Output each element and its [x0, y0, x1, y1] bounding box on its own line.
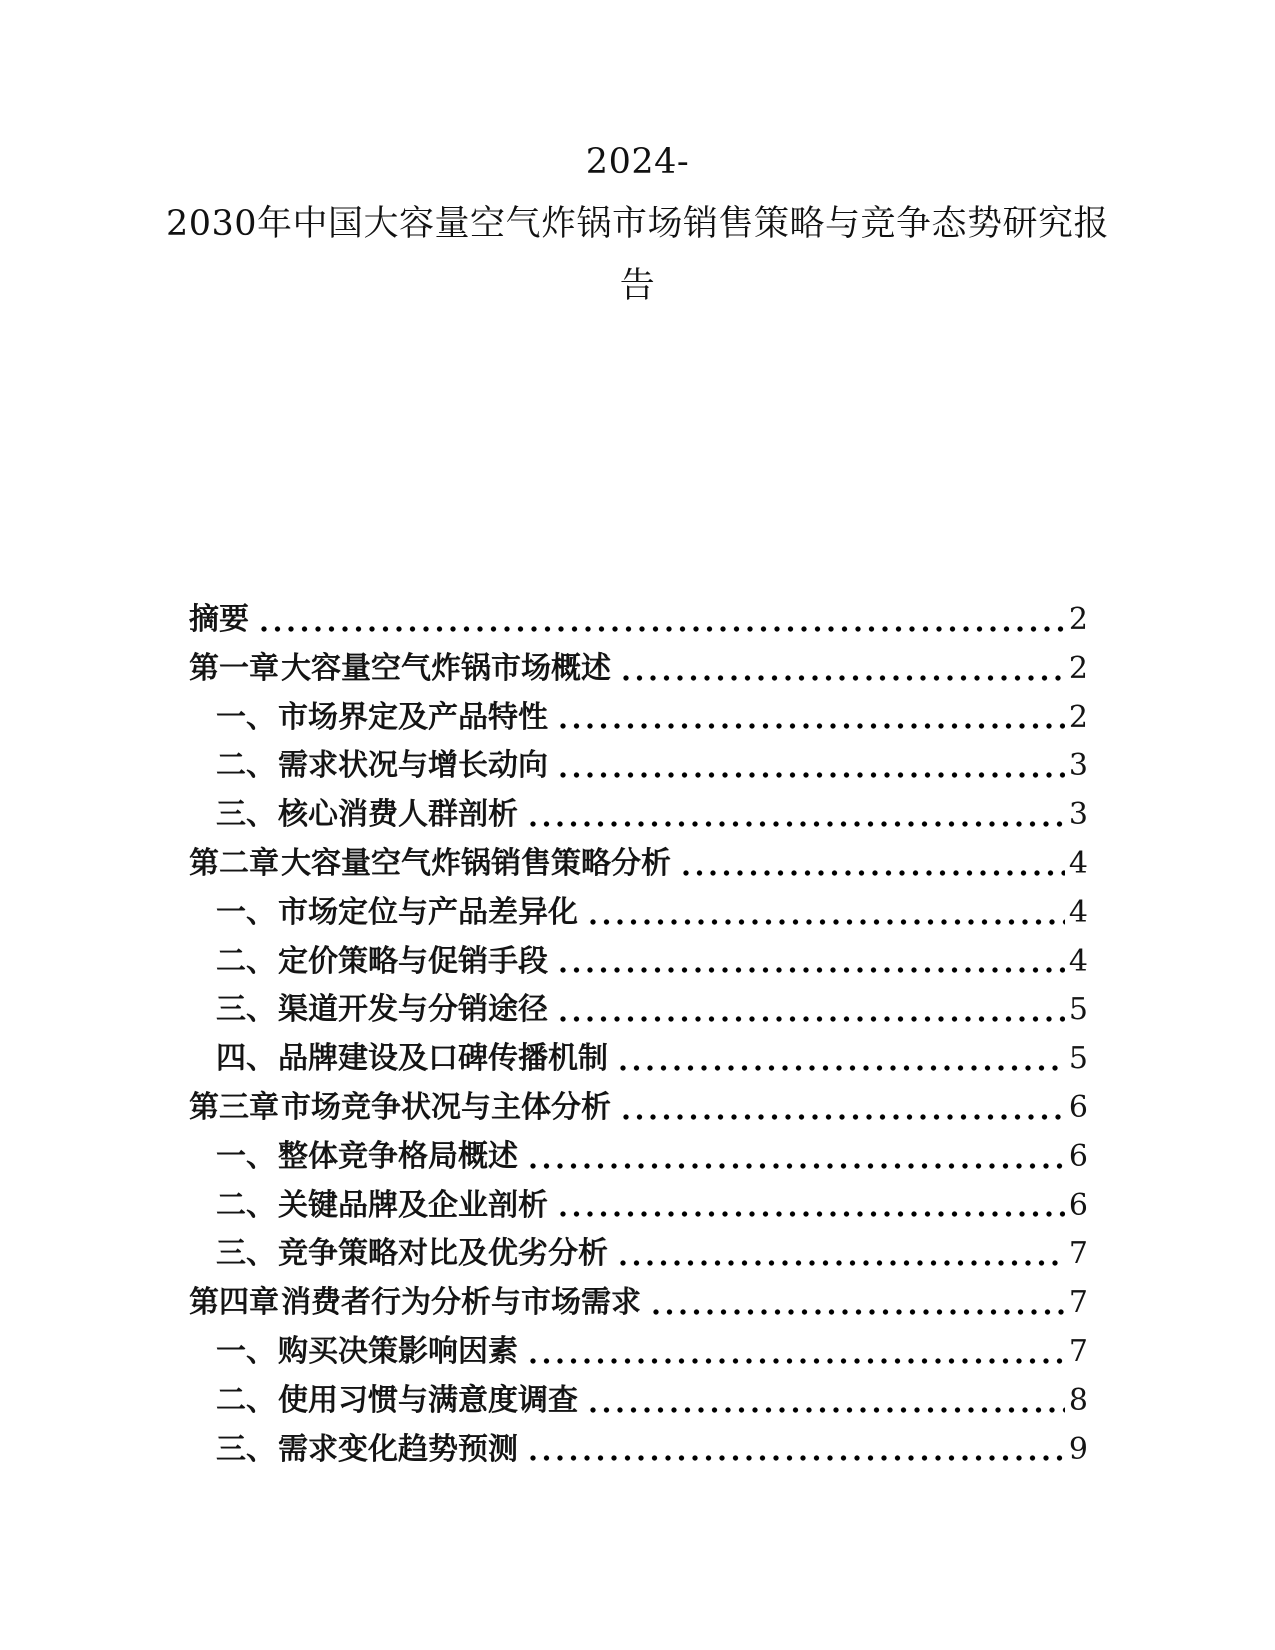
toc-page-number: 5 [1069, 1035, 1088, 1084]
toc-entry[interactable]: 二、 需求状况与增长动向 3 [189, 742, 1088, 791]
toc-entry-label: 关键品牌及企业剖析 [278, 1182, 548, 1231]
toc-entry[interactable]: 三、 需求变化趋势预测 9 [189, 1426, 1088, 1475]
toc-entry-label: 市场定位与产品差异化 [278, 889, 578, 938]
toc-entry[interactable]: 二、 使用习惯与满意度调查 8 [189, 1377, 1088, 1426]
toc-page-number: 7 [1069, 1279, 1088, 1328]
toc-entry-number: 二、 [216, 1182, 278, 1231]
toc-entry-label: 购买决策影响因素 [278, 1328, 518, 1377]
table-of-contents: 摘要 2 第一章 大容量空气炸锅市场概述 2 一、 市场界定及产品特性 2 二、… [189, 596, 1088, 1474]
toc-entry-number: 二、 [216, 938, 278, 987]
toc-page-number: 4 [1069, 840, 1088, 889]
toc-entry[interactable]: 二、 定价策略与促销手段 4 [189, 938, 1088, 987]
toc-entry-label: 大容量空气炸锅市场概述 [281, 645, 611, 694]
toc-dot-leader [528, 1328, 1065, 1377]
toc-dot-leader [558, 694, 1065, 743]
toc-page-number: 3 [1069, 791, 1088, 840]
toc-entry-number: 三、 [216, 1426, 278, 1475]
toc-page-number: 6 [1069, 1182, 1088, 1231]
toc-dot-leader [618, 1035, 1065, 1084]
toc-entry-number: 四、 [216, 1035, 278, 1084]
toc-entry-number: 一、 [216, 1133, 278, 1182]
toc-entry-number: 一、 [216, 1328, 278, 1377]
toc-entry[interactable]: 一、 整体竞争格局概述 6 [189, 1133, 1088, 1182]
toc-dot-leader [558, 1182, 1065, 1231]
toc-dot-leader [558, 986, 1065, 1035]
toc-entry-label: 需求状况与增长动向 [278, 742, 548, 791]
report-title-line-2: 2030年中国大容量空气炸锅市场销售策略与竞争态势研究报 [0, 193, 1275, 255]
toc-page-number: 4 [1069, 938, 1088, 987]
toc-entry[interactable]: 一、 购买决策影响因素 7 [189, 1328, 1088, 1377]
toc-dot-leader [618, 1230, 1065, 1279]
toc-entry[interactable]: 第二章 大容量空气炸锅销售策略分析 4 [189, 840, 1088, 889]
toc-entry[interactable]: 二、 关键品牌及企业剖析 6 [189, 1182, 1088, 1231]
toc-entry-number: 第三章 [189, 1084, 281, 1133]
toc-entry-number: 三、 [216, 1230, 278, 1279]
toc-entry-label: 定价策略与促销手段 [278, 938, 548, 987]
toc-entry-label: 需求变化趋势预测 [278, 1426, 518, 1475]
toc-entry-label: 渠道开发与分销途径 [278, 986, 548, 1035]
toc-entry[interactable]: 三、 渠道开发与分销途径 5 [189, 986, 1088, 1035]
toc-dot-leader [259, 596, 1065, 645]
toc-entry-number: 三、 [216, 986, 278, 1035]
toc-page-number: 9 [1069, 1426, 1088, 1475]
toc-dot-leader [588, 889, 1065, 938]
toc-entry-number: 第四章 [189, 1279, 281, 1328]
report-page: 2024- 2030年中国大容量空气炸锅市场销售策略与竞争态势研究报 告 摘要 … [0, 0, 1275, 1650]
toc-entry-label: 竞争策略对比及优劣分析 [278, 1230, 608, 1279]
toc-entry-label: 核心消费人群剖析 [278, 791, 518, 840]
toc-entry[interactable]: 一、 市场定位与产品差异化 4 [189, 889, 1088, 938]
toc-dot-leader [681, 840, 1065, 889]
toc-page-number: 3 [1069, 742, 1088, 791]
toc-entry[interactable]: 四、 品牌建设及口碑传播机制 5 [189, 1035, 1088, 1084]
toc-entry-label: 品牌建设及口碑传播机制 [278, 1035, 608, 1084]
toc-entry-label: 整体竞争格局概述 [278, 1133, 518, 1182]
toc-dot-leader [588, 1377, 1065, 1426]
toc-page-number: 6 [1069, 1084, 1088, 1133]
toc-entry-number: 一、 [216, 889, 278, 938]
toc-dot-leader [558, 938, 1065, 987]
toc-entry-number: 二、 [216, 742, 278, 791]
toc-page-number: 2 [1069, 694, 1088, 743]
toc-dot-leader [651, 1279, 1065, 1328]
toc-entry-number: 第二章 [189, 840, 281, 889]
toc-entry[interactable]: 三、 核心消费人群剖析 3 [189, 791, 1088, 840]
toc-page-number: 2 [1069, 645, 1088, 694]
toc-entry-number: 二、 [216, 1377, 278, 1426]
toc-entry-number: 三、 [216, 791, 278, 840]
toc-entry[interactable]: 摘要 2 [189, 596, 1088, 645]
toc-entry-label: 摘要 [189, 596, 249, 645]
report-title-line-1: 2024- [0, 131, 1275, 193]
toc-entry-number: 一、 [216, 694, 278, 743]
toc-entry-label: 消费者行为分析与市场需求 [281, 1279, 641, 1328]
toc-entry[interactable]: 三、 竞争策略对比及优劣分析 7 [189, 1230, 1088, 1279]
report-title: 2024- 2030年中国大容量空气炸锅市场销售策略与竞争态势研究报 告 [0, 131, 1275, 317]
toc-page-number: 4 [1069, 889, 1088, 938]
toc-page-number: 7 [1069, 1230, 1088, 1279]
toc-entry[interactable]: 一、 市场界定及产品特性 2 [189, 694, 1088, 743]
toc-page-number: 5 [1069, 986, 1088, 1035]
toc-dot-leader [528, 1133, 1065, 1182]
toc-entry-label: 市场竞争状况与主体分析 [281, 1084, 611, 1133]
toc-entry-label: 使用习惯与满意度调查 [278, 1377, 578, 1426]
toc-dot-leader [558, 742, 1065, 791]
toc-dot-leader [528, 1426, 1065, 1475]
toc-dot-leader [621, 645, 1065, 694]
toc-page-number: 2 [1069, 596, 1088, 645]
toc-entry[interactable]: 第四章 消费者行为分析与市场需求 7 [189, 1279, 1088, 1328]
toc-entry[interactable]: 第三章 市场竞争状况与主体分析 6 [189, 1084, 1088, 1133]
toc-page-number: 7 [1069, 1328, 1088, 1377]
toc-entry-label: 大容量空气炸锅销售策略分析 [281, 840, 671, 889]
toc-dot-leader [621, 1084, 1065, 1133]
toc-page-number: 6 [1069, 1133, 1088, 1182]
toc-page-number: 8 [1069, 1377, 1088, 1426]
toc-dot-leader [528, 791, 1065, 840]
report-title-line-3: 告 [0, 255, 1275, 317]
toc-entry-number: 第一章 [189, 645, 281, 694]
toc-entry[interactable]: 第一章 大容量空气炸锅市场概述 2 [189, 645, 1088, 694]
toc-entry-label: 市场界定及产品特性 [278, 694, 548, 743]
